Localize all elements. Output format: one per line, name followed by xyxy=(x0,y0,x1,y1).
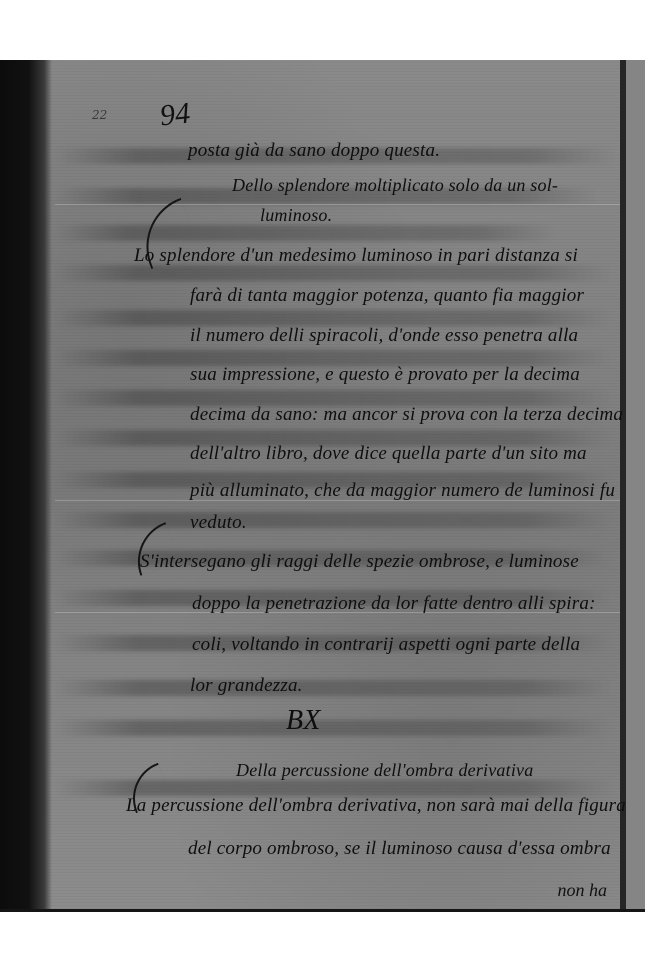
text-line: più alluminato, che da maggior numero de… xyxy=(190,480,615,502)
text-line: veduto. xyxy=(190,512,247,534)
scan-artifact-line xyxy=(55,204,620,205)
text-line: coli, voltando in contrarij aspetti ogni… xyxy=(192,634,580,656)
text-line: il numero delli spiracoli, d'onde esso p… xyxy=(190,325,578,347)
text-line: lor grandezza. xyxy=(190,675,303,697)
bleed-through-band xyxy=(55,265,610,281)
paragraph-start-line: Lo splendore d'un medesimo luminoso in p… xyxy=(134,245,578,267)
text-line: posta già da sano doppo questa. xyxy=(188,140,440,162)
paragraph-start-line: La percussione dell'ombra derivativa, no… xyxy=(126,795,626,817)
adjacent-page-strip xyxy=(626,60,645,909)
margin-note: 22 xyxy=(92,108,107,122)
chapter-mark: BX xyxy=(286,705,321,737)
page-number: 94 xyxy=(158,97,191,134)
bleed-through-band xyxy=(55,512,610,528)
text-line: del corpo ombroso, se il luminoso causa … xyxy=(188,838,611,860)
binding-shadow xyxy=(0,60,52,909)
section-heading-line: Dello splendore moltiplicato solo da un … xyxy=(232,175,558,196)
bleed-through-band xyxy=(55,720,610,736)
section-heading-line: Della percussione dell'ombra derivativa xyxy=(236,760,533,781)
text-line: decima da sano: ma ancor si prova con la… xyxy=(190,404,623,426)
paragraph-start-line: S'intersegano gli raggi delle spezie omb… xyxy=(140,551,579,573)
text-line: dell'altro libro, dove dice quella parte… xyxy=(190,443,587,465)
text-line: farà di tanta maggior potenza, quanto fi… xyxy=(190,285,584,307)
section-heading-line: luminoso. xyxy=(260,205,332,226)
bleed-through-band xyxy=(55,680,610,696)
bleed-through-band xyxy=(55,310,610,326)
text-line: doppo la penetrazione da lor fatte dentr… xyxy=(192,593,596,615)
text-line: sua impressione, e questo è provato per … xyxy=(190,364,580,386)
bleed-through-band xyxy=(55,225,555,241)
catchword: non ha xyxy=(558,880,608,901)
